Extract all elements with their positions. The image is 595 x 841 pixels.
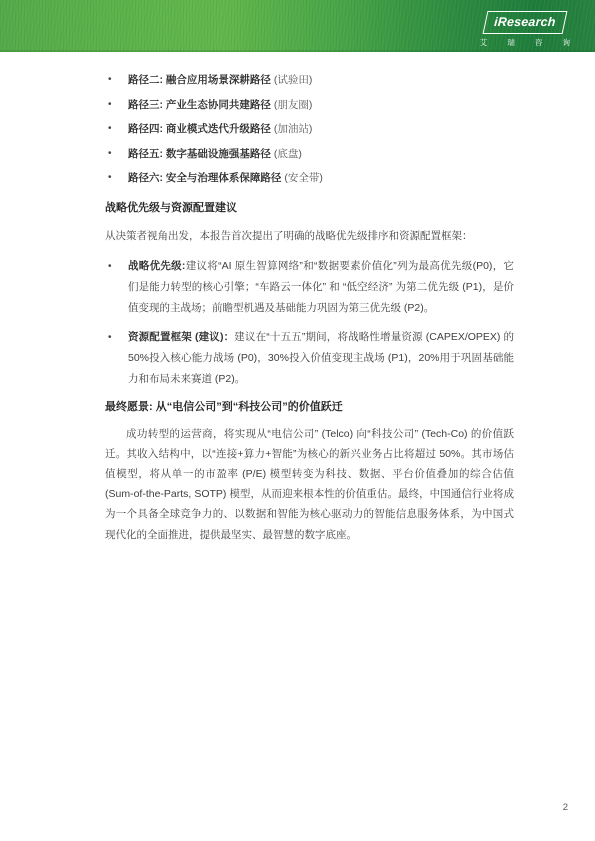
iresearch-logo-subtext: 艾 瑞 咨 询: [471, 37, 579, 48]
list-item-label: 路径三: 产业生态协同共建路径: [128, 99, 271, 111]
document-page: iResearch 艾 瑞 咨 询 • 路径二: 融合应用场景深耕路径 (试验田…: [0, 0, 595, 841]
list-item-label: 路径二: 融合应用场景深耕路径: [128, 74, 271, 86]
strategy-bullet-priority: • 战略优先级:建议将“AI 原生智算网络”和“数据要素价值化”列为最高优先级(…: [105, 256, 514, 319]
page-content: • 路径二: 融合应用场景深耕路径 (试验田) • 路径三: 产业生态协同共建路…: [105, 52, 514, 545]
strategy-bullet-label: 资源配置框架 (建议)：: [128, 331, 234, 343]
bullet-dot-icon: •: [108, 327, 112, 348]
bullet-dot-icon: •: [108, 256, 112, 277]
list-item-note: (安全带): [284, 172, 323, 184]
bullet-dot-icon: •: [108, 166, 112, 191]
path-bullet-list: • 路径二: 融合应用场景深耕路径 (试验田) • 路径三: 产业生态协同共建路…: [105, 68, 514, 191]
list-item: • 路径三: 产业生态协同共建路径 (朋友圈): [105, 93, 514, 118]
strategy-section-heading: 战略优先级与资源配置建议: [105, 201, 514, 216]
page-header-banner: iResearch 艾 瑞 咨 询: [0, 0, 595, 52]
page-number: 2: [563, 802, 568, 813]
strategy-intro-paragraph: 从决策者视角出发，本报告首次提出了明确的战略优先级排序和资源配置框架：: [105, 226, 514, 246]
strategy-bullet-label: 战略优先级:: [128, 260, 185, 272]
list-item: • 路径四: 商业模式迭代升级路径 (加油站): [105, 117, 514, 142]
bullet-dot-icon: •: [108, 93, 112, 118]
list-item: • 路径五: 数字基础设施强基路径 (底盘): [105, 142, 514, 167]
list-item-note: (加油站): [274, 123, 313, 135]
iresearch-logo: iResearch 艾 瑞 咨 询: [471, 11, 579, 48]
iresearch-logo-text: iResearch: [494, 15, 557, 29]
list-item-note: (试验田): [274, 74, 313, 86]
bullet-dot-icon: •: [108, 117, 112, 142]
bullet-dot-icon: •: [108, 68, 112, 93]
list-item-note: (底盘): [274, 148, 302, 160]
list-item-label: 路径六: 安全与治理体系保障路径: [128, 172, 281, 184]
iresearch-logo-frame: iResearch: [483, 11, 567, 34]
list-item-label: 路径五: 数字基础设施强基路径: [128, 148, 271, 160]
list-item-label: 路径四: 商业模式迭代升级路径: [128, 123, 271, 135]
vision-body-paragraph: 成功转型的运营商，将实现从“电信公司” (Telco) 向“科技公司” (Tec…: [105, 424, 514, 545]
list-item: • 路径二: 融合应用场景深耕路径 (试验田): [105, 68, 514, 93]
bullet-dot-icon: •: [108, 142, 112, 167]
list-item-note: (朋友圈): [274, 99, 313, 111]
strategy-bullet-text: 建议将“AI 原生智算网络”和“数据要素价值化”列为最高优先级(P0)，它们是能…: [128, 260, 514, 314]
strategy-bullet-resource: • 资源配置框架 (建议)：建议在“十五五”期间，将战略性增量资源 (CAPEX…: [105, 327, 514, 390]
list-item: • 路径六: 安全与治理体系保障路径 (安全带): [105, 166, 514, 191]
vision-section-heading: 最终愿景: 从“电信公司”到“科技公司”的价值跃迁: [105, 400, 514, 415]
